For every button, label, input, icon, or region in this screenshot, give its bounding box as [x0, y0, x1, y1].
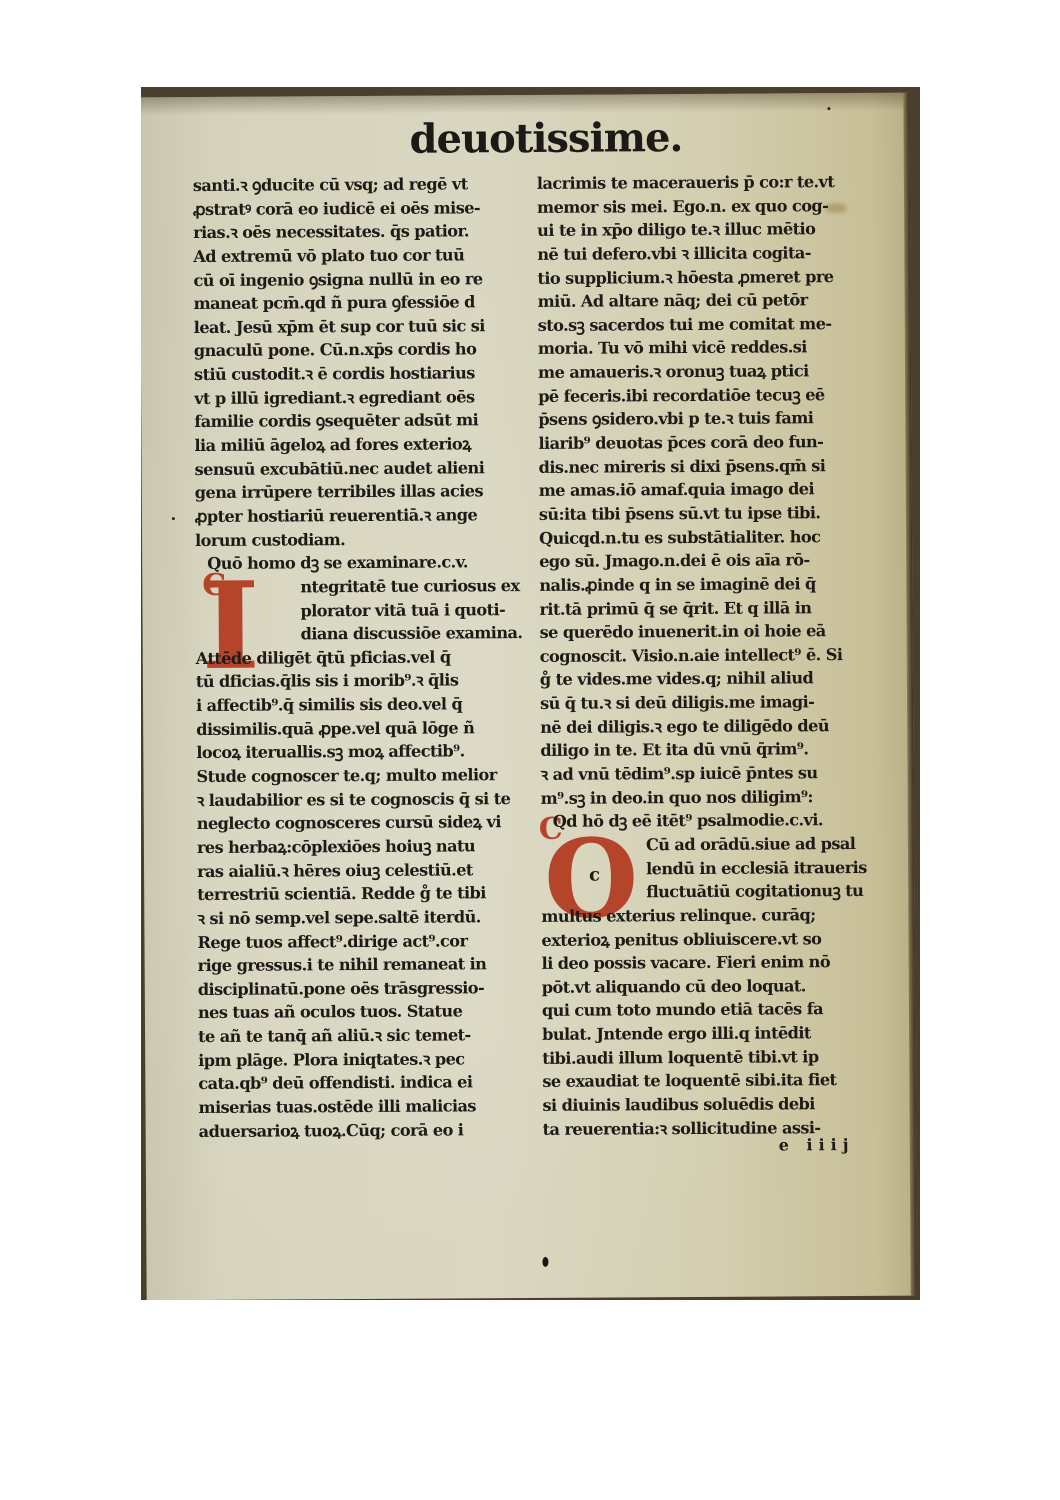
text-line: plorator vitā tuā i quoti- [195, 597, 540, 623]
text-line: moria. Tu vō mihi vicē reddes.si [538, 335, 888, 361]
ink-speck [172, 517, 175, 520]
left-text-column: santi.ꝛ ꝯducite cū vsq; ad regē vt ꝓstra… [193, 172, 544, 1143]
text-line: tū dficias.q̄lis sis i morib⁹.ꝛ q̄lis [196, 668, 541, 694]
text-line: ꝛ ad vnū tēdim⁹.sp iuicē p̄ntes su [540, 761, 890, 787]
text-line: maneat pcm̄.qd ñ pura ꝯfessiōe d [194, 290, 539, 316]
text-line: res herbaꝝ:cōplexiōes hoiuꝫ natu [197, 834, 542, 860]
text-line: aduersarioꝝ tuoꝝ.Cūq; corā eo i [199, 1118, 544, 1144]
book-spine-edge [903, 93, 916, 1296]
text-line: miū. Ad altare nāq; dei cū petōr [538, 288, 888, 314]
text-line: Stude cognoscer te.q; multo melior [196, 763, 541, 789]
text-line: ego sū. Jmago.n.dei ē ois aīa rō- [539, 548, 889, 574]
text-line: ipm plāge. Plora iniqtates.ꝛ pec [198, 1047, 543, 1073]
text-line: miserias tuas.ostēde illi malicias [198, 1094, 543, 1120]
text-line: sū q̄ tu.ꝛ si deū diligis.me imagi- [540, 690, 890, 716]
text-line: terrestriū scientiā. Redde g̊ te tibi [197, 881, 542, 907]
text-line: rige gressus.i te nihil remaneat in [198, 952, 543, 978]
text-line: nalis.ꝓinde q in se imaginē dei q̄ [539, 572, 889, 598]
text-line: pōt.vt aliquando cū deo loquat. [542, 974, 892, 1000]
text-line: multus exterius relinque. curāq; [541, 903, 891, 929]
right-text-column: lacrimis te maceraueris p̄ co:r te.vt me… [537, 170, 893, 1141]
text-line: exterioꝝ penitus obliuiscere.vt so [541, 926, 891, 952]
text-line: tibi.audi illum loquentē tibi.vt ip [542, 1044, 892, 1070]
text-line: ntegritatē tue curiosus ex [195, 574, 540, 600]
text-line: p̄sens ꝯsidero.vbi p te.ꝛ tuis fami [538, 406, 888, 432]
text-line: cognoscit. Visio.n.aie intellect⁹ ē. Si [540, 643, 890, 669]
text-line: memor sis mei. Ego.n. ex quo cog- [537, 193, 887, 219]
text-line: i affectib⁹.q̄ similis sis deo.vel q̄ [196, 692, 541, 718]
text-line: lendū in ecclesiā itraueris [541, 855, 891, 881]
text-line: vt p illū igrediant.ꝛ egrediant oēs [194, 385, 539, 411]
text-line: leat. Jesū xp̄m ēt sup cor tuū sic si [194, 314, 539, 340]
text-line: li deo possis vacare. Fieri enim nō [542, 950, 892, 976]
signature-mark: e iiij [779, 1135, 855, 1154]
chapter-heading: Quō homo dꝫ se examinare.c.v. [195, 550, 540, 576]
text-line: cata.qb⁹ deū offendisti. indica ei [198, 1070, 543, 1096]
ink-speck [827, 107, 830, 110]
text-line: sensuū excubātiū.nec audet alieni [195, 456, 540, 482]
text-line: ꝓstratꝰ corā eo iudicē ei oēs mise- [193, 196, 538, 222]
printed-page: deuotissime. C I C O c santi.ꝛ ꝯducite c… [141, 93, 917, 1300]
text-line: lacrimis te maceraueris p̄ co:r te.vt [537, 170, 887, 196]
text-line: familie cordis ꝯsequēter adsūt mi [194, 408, 539, 434]
text-line: diligo in te. Et ita dū vnū q̄rim⁹. [540, 737, 890, 763]
text-line: santi.ꝛ ꝯducite cū vsq; ad regē vt [193, 172, 538, 198]
text-line: Attēde diligēt q̄tū pficias.vel q̄ [196, 645, 541, 671]
text-line: ras aialiū.ꝛ hēres oiuꝫ celestiū.et [197, 857, 542, 883]
text-line: nes tuas añ oculos tuos. Statue [198, 999, 543, 1025]
text-line: qui cum toto mundo etiā tacēs fa [542, 997, 892, 1023]
text-line: Rege tuos affect⁹.dirige act⁹.cor [197, 928, 542, 954]
text-line: g̊ te vides.me vides.q; nihil aliud [540, 666, 890, 692]
text-line: ꝛ si nō semp.vel sepe.saltē iterdū. [197, 905, 542, 931]
text-line: sto.sꝫ sacerdos tui me comitat me- [538, 312, 888, 338]
text-line: cū oī ingenio ꝯsigna nullū in eo re [193, 266, 538, 292]
text-line: Cū ad orādū.siue ad psal [541, 832, 891, 858]
text-line: m⁹.sꝫ in deo.in quo nos diligim⁹: [541, 784, 891, 810]
text-line: nē dei diligis.ꝛ ego te diligēdo deū [540, 714, 890, 740]
chapter-heading: Qd hō dꝫ eē itēt⁹ psalmodie.c.vi. [541, 808, 891, 834]
text-line: rit.tā primū q̄ se q̄rit. Et q illā in [539, 595, 889, 621]
text-line: lorum custodiam. [195, 527, 540, 553]
text-line: stiū custodit.ꝛ ē cordis hostiarius [194, 361, 539, 387]
wormhole-blemish [542, 1257, 548, 1267]
running-head: deuotissime. [409, 114, 669, 163]
text-line: dis.nec mireris si dixi p̄sens.qm̄ si [539, 453, 889, 479]
text-line: neglecto cognosceres cursū sideꝝ vi [197, 810, 542, 836]
text-line: rias.ꝛ oēs necessitates. q̄s patior. [193, 219, 538, 245]
text-line: se exaudiat te loquentē sibi.ita fiet [542, 1068, 892, 1094]
text-line: lia miliū āgeloꝝ ad fores exterioꝝ [194, 432, 539, 458]
text-line: liarib⁹ deuotas p̄ces corā deo fun- [538, 430, 888, 456]
text-line: gena irrūpere terribiles illas acies [195, 479, 540, 505]
text-line: me amaueris.ꝛ oronuꝫ tuaꝝ ptici [538, 359, 888, 385]
text-line: fluctuātiū cogitationuꝫ tu [541, 879, 891, 905]
text-line: ꝛ laudabilior es si te cognoscis q̄ si t… [197, 787, 542, 813]
text-line: ꝓpter hostiariū reuerentiā.ꝛ ange [195, 503, 540, 529]
text-line: bulat. Jntende ergo illi.q intēdit [542, 1021, 892, 1047]
text-line: Ad extremū vō plato tuo cor tuū [193, 243, 538, 269]
text-line: se querēdo inuenerit.in oi hoie eā [540, 619, 890, 645]
text-line: te añ te tanq̄ añ aliū.ꝛ sic temet- [198, 1023, 543, 1049]
text-line: nē tui defero.vbi ꝛ illicita cogita- [537, 241, 887, 267]
text-line: pē feceris.ibi recordatiōe tecuꝫ eē [538, 383, 888, 409]
text-line: Quicqd.n.tu es substātialiter. hoc [539, 524, 889, 550]
text-line: sū:ita tibi p̄sens sū.vt tu ipse tibi. [539, 501, 889, 527]
text-line: ui te in xp̄o diligo te.ꝛ illuc mētio [537, 217, 887, 243]
text-line: me amas.iō amaf.quia imago dei [539, 477, 889, 503]
text-line: diana discussiōe examina. [196, 621, 541, 647]
text-line: disciplinatū.pone oēs trāsgressio- [198, 976, 543, 1002]
page-photograph: deuotissime. C I C O c santi.ꝛ ꝯducite c… [141, 87, 920, 1300]
text-line: si diuinis laudibus soluēdis debi [542, 1092, 892, 1118]
text-line: locoꝝ iteruallis.sꝫ moꝝ affectib⁹. [196, 739, 541, 765]
text-line: dissimilis.quā ꝓpe.vel quā lōge ñ [196, 716, 541, 742]
text-line: tio supplicium.ꝛ hōesta ꝓmeret pre [537, 264, 887, 290]
text-line: gnaculū pone. Cū.n.xp̄s cordis ho [194, 337, 539, 363]
